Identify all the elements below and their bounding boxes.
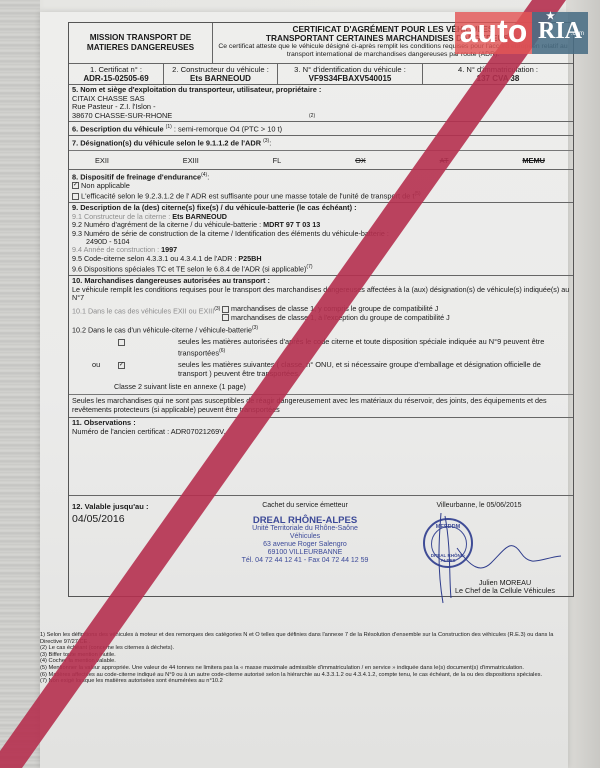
footnote: (5) Mentionner la valeur appropriée. Une…: [40, 665, 568, 672]
footnote: (4) Cocher la mention valable.: [40, 658, 568, 665]
observations-value: Numéro de l'ancien certificat : ADR07021…: [72, 428, 570, 437]
footnote: (3) Biffer toute mention inutile.: [40, 652, 568, 659]
designation-at: AT: [440, 156, 449, 165]
section-10-intro: Le véhicule remplit les conditions requi…: [72, 286, 570, 303]
section-12-validity: 12. Valable jusqu'au : 04/05/2016 Cachet…: [69, 496, 573, 596]
certificate-frame: MISSION TRANSPORT DE MATIERES DANGEREUSE…: [68, 22, 574, 597]
item-label: 9.5 Code-citerne selon 4.3.3.1 ou 4.3.4.…: [72, 254, 236, 263]
class1-option-excl-j: marchandises de classe 1, à l'exception …: [222, 314, 570, 322]
footnote: 1) Selon les définitions des véhicules à…: [40, 632, 568, 645]
operator-city: 38670 CHASSE-SUR-RHONE: [72, 112, 570, 121]
stamp-caption: Cachet du service émetteur: [225, 502, 385, 509]
designation-options: EXII EXIII FL OX AT MEMU: [69, 150, 573, 169]
field-registration: 4. N° d'immatriculation : 137 CVA 38: [423, 64, 573, 84]
issuer-stamp-block: Cachet du service émetteur DREAL RHÔNE-A…: [225, 496, 385, 596]
field-certificate-number: 1. Certificat n° : ADR-15-02505-69: [69, 64, 164, 84]
checkbox-cell: [118, 338, 178, 358]
goods-option-listed: ou ✓ seules les matières suivantes ( cla…: [72, 361, 570, 379]
section-7-designation: 7. Désignation(s) du véhicule selon le 9…: [69, 136, 573, 169]
checkbox-unchecked[interactable]: [222, 306, 229, 313]
footnote-ref: (7): [306, 264, 312, 270]
signer: Julien MOREAU Le Chef de la Cellule Véhi…: [425, 579, 585, 595]
footnote-ref: (3): [252, 325, 258, 331]
fields-row: 1. Certificat n° : ADR-15-02505-69 2. Co…: [69, 64, 573, 85]
stamp-line: 69100 VILLEURBANNE: [225, 549, 385, 557]
annex-note: Classe 2 suivant liste en annexe (1 page…: [72, 383, 570, 391]
footnote-ref: (5): [414, 191, 420, 197]
section-8-braking: 8. Dispositif de freinage d'endurance(4)…: [69, 170, 573, 204]
braking-option-not-applicable: ✓Non applicable: [72, 182, 570, 191]
section-10-1: 10.1 Dans le cas des véhicules EXII ou E…: [72, 305, 570, 322]
stamp-line: Unité Territoriale du Rhône-Saône: [225, 525, 385, 533]
field-label: 4. N° d'immatriculation :: [425, 65, 571, 74]
section-10-2: 10.2 Dans le cas d'un véhicule-citerne /…: [72, 324, 570, 335]
stamp-line: 63 avenue Roger Salengro: [225, 541, 385, 549]
item-label: 9.6 Dispositions spéciales TC et TE selo…: [72, 265, 306, 274]
option-label: seules les matières suivantes ( classe, …: [178, 361, 570, 379]
checkbox-checked[interactable]: ✓: [118, 362, 125, 369]
field-value: Ets BARNEOUD: [190, 74, 251, 83]
colon: :: [207, 172, 209, 181]
goods-option-tank-code: seules les matières autorisées d'après l…: [72, 338, 570, 358]
field-label: 2. Constructeur du véhicule :: [166, 65, 275, 74]
checkbox-cell: ✓: [118, 361, 178, 379]
colon: :: [269, 139, 271, 148]
validity-date: 04/05/2016: [72, 513, 222, 525]
star-icon: ★: [546, 12, 555, 22]
designation-fl: FL: [273, 156, 282, 165]
field-vehicle-id: 3. N° d'identification du véhicule : VF9…: [278, 64, 423, 84]
stamp-line: Tél. 04 72 44 12 41 - Fax 04 72 44 12 59: [225, 557, 385, 565]
section-10-1-label: 10.1 Dans le cas des véhicules EXII ou E…: [72, 307, 214, 316]
designation-memu: MEMU: [522, 156, 545, 165]
logo-domain: .com: [571, 15, 584, 53]
stamp-title: DREAL RHÔNE-ALPES: [225, 517, 385, 525]
signer-title: Le Chef de la Cellule Véhicules: [425, 587, 585, 595]
field-vehicle-manufacturer: 2. Constructeur du véhicule : Ets BARNEO…: [164, 64, 278, 84]
designation-exiii: EXIII: [183, 156, 199, 165]
issuer-title: MISSION TRANSPORT DE MATIERES DANGEREUSE…: [69, 23, 213, 63]
checkbox-checked[interactable]: ✓: [72, 182, 79, 189]
validity-block: 12. Valable jusqu'au : 04/05/2016: [69, 496, 225, 596]
field-value: VF9S34FBAXV540015: [309, 74, 392, 83]
designation-exii: EXII: [95, 156, 109, 165]
section-10-2-label: 10.2 Dans le cas d'un véhicule-citerne /…: [72, 326, 252, 335]
section-9-tank: 9. Description de la (des) citerne(s) fi…: [69, 203, 573, 276]
checkbox-unchecked[interactable]: [222, 314, 229, 321]
class1-options: marchandises de classe 1, y compris le g…: [222, 305, 570, 322]
footnotes: 1) Selon les définitions des véhicules à…: [40, 632, 568, 685]
validity-label: 12. Valable jusqu'au :: [72, 502, 222, 511]
logo-auto: auto: [455, 12, 532, 54]
footnote: (2) Le cas échéant (concerne les citerne…: [40, 645, 568, 652]
tank-serial-number: 9.3 Numéro de série de construction de l…: [72, 230, 570, 238]
item-value: P25BH: [238, 254, 261, 263]
section-10-1-label-block: 10.1 Dans le cas des véhicules EXII ou E…: [72, 305, 222, 322]
signature-block: Villeurbanne, le 05/06/2015 MEEDDM DREAL…: [385, 496, 573, 596]
option-text: seules les matières autorisées d'après l…: [178, 338, 570, 358]
footnote-ref: (6): [219, 348, 225, 354]
option-label: marchandises de classe 1, à l'exception …: [231, 313, 450, 322]
stamp-line: Véhicules: [225, 533, 385, 541]
option-label: L'efficacité selon le 9.2.3.1.2 de l' AD…: [81, 192, 414, 201]
logo-ria: ★ RIA .com: [532, 12, 588, 54]
note-ref: (2): [309, 112, 315, 121]
option-label: seules les matières autorisées d'après l…: [178, 337, 544, 357]
tank-special-provisions: 9.6 Dispositions spéciales TC et TE selo…: [72, 263, 570, 274]
tank-code: 9.5 Code-citerne selon 4.3.3.1 ou 4.3.4.…: [72, 255, 570, 263]
checkbox-unchecked[interactable]: [72, 193, 79, 200]
spacer: [72, 338, 118, 358]
footnote: (7) Non exigé lorsque les matières autor…: [40, 678, 568, 685]
braking-option-sufficient: L'efficacité selon le 9.2.3.1.2 de l' AD…: [72, 190, 570, 201]
field-value: 137 CVA 38: [477, 74, 520, 83]
autoria-logo: auto ★ RIA .com: [455, 12, 588, 54]
section-7-label: 7. Désignation(s) du véhicule selon le 9…: [72, 139, 261, 148]
checkbox-unchecked[interactable]: [118, 339, 125, 346]
footnote: (6) Matières affectées au code-citerne i…: [40, 672, 568, 679]
restriction-note: Seules les marchandises qui ne sont pas …: [69, 394, 573, 416]
issuer-stamp: DREAL RHÔNE-ALPES Unité Territoriale du …: [225, 517, 385, 565]
section-7-header: 7. Désignation(s) du véhicule selon le 9…: [69, 136, 573, 149]
field-label: 1. Certificat n° :: [71, 65, 161, 74]
section-10-goods: 10. Marchandises dangereuses autorisées …: [69, 276, 573, 418]
option-label: Non applicable: [81, 181, 130, 190]
footnote-ref: (1): [166, 124, 172, 130]
footnote-ref: (3): [214, 306, 220, 312]
vehicle-description-value: : semi-remorque O4 (PTC > 10 t): [174, 125, 282, 134]
section-6-label: 6. Description du véhicule: [72, 125, 164, 134]
field-label: 3. N° d'identification du véhicule :: [280, 65, 420, 74]
section-11-observations: 11. Observations : Numéro de l'ancien ce…: [69, 418, 573, 496]
designation-ox: OX: [355, 156, 366, 165]
field-value: ADR-15-02505-69: [83, 74, 148, 83]
section-5-label: 5. Nom et siège d'exploitation du transp…: [72, 86, 570, 95]
section-5-operator: 5. Nom et siège d'exploitation du transp…: [69, 85, 573, 122]
certificate-document: MISSION TRANSPORT DE MATIERES DANGEREUSE…: [40, 12, 568, 768]
or-label: ou: [72, 361, 118, 379]
background-wood: [0, 0, 40, 768]
section-6-vehicle-description: 6. Description du véhicule (1) : semi-re…: [69, 122, 573, 136]
